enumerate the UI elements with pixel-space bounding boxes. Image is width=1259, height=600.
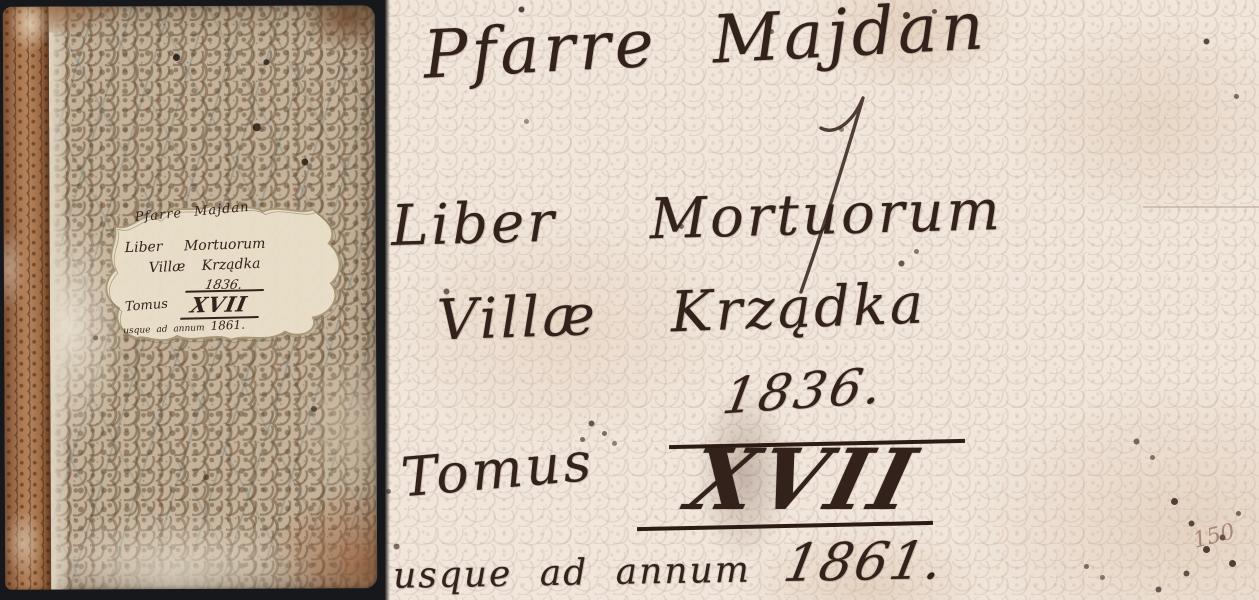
label-title-line: Liber Mortuorum (125, 236, 266, 256)
closeup-range-line: usque ad annum 1861. (393, 531, 945, 600)
label-volume-numeral: XVII (180, 289, 264, 320)
faint-corner-note: 150 (1191, 519, 1238, 553)
book-spine (3, 7, 52, 590)
book-cover-photo-panel: Pfarre Majdan Liber Mortuorum Villæ Krzą… (0, 0, 385, 600)
label-range-year: 1861. (210, 318, 245, 333)
paper-crease (1143, 206, 1259, 208)
closeup-volume-word: Tomus (399, 430, 597, 510)
label-parish-line: Pfarre Majdan (134, 200, 250, 225)
closeup-volume-numeral-block: XVII (633, 430, 963, 540)
label-volume-word: Tomus (125, 297, 169, 315)
book-cover: Pfarre Majdan Liber Mortuorum Villæ Krzą… (3, 5, 378, 590)
spine-leather-texture (3, 7, 52, 590)
label-village-line: Villæ Krządka (149, 256, 261, 276)
cover-label: Pfarre Majdan Liber Mortuorum Villæ Krzą… (98, 181, 345, 360)
closeup-title-line: Liber Mortuorum (390, 178, 1003, 259)
closeup-volume-numeral: XVII (680, 434, 928, 526)
label-range-phrase: usque ad annum (123, 323, 205, 336)
closeup-year-line: 1836. (719, 357, 890, 426)
closeup-parish-line: Pfarre Majdan (421, 0, 989, 94)
label-range-line: usque ad annum1861. (123, 318, 245, 337)
photo-of-register-book: Pfarre Majdan Liber Mortuorum Villæ Krzą… (0, 0, 1259, 600)
top-corner-wear (49, 6, 119, 32)
closeup-village-line: Villæ Krządka (436, 271, 927, 353)
closeup-range-phrase: usque ad annum (393, 550, 751, 597)
closeup-range-year: 1861. (779, 531, 950, 594)
ink-specks (385, 0, 388, 3)
label-closeup-panel: Pfarre Majdan Liber Mortuorum Villæ Krzą… (385, 0, 1259, 600)
cover-specks (3, 7, 6, 10)
label-inscription: Pfarre Majdan Liber Mortuorum Villæ Krzą… (98, 181, 345, 360)
worn-hinge-strip (49, 7, 68, 590)
